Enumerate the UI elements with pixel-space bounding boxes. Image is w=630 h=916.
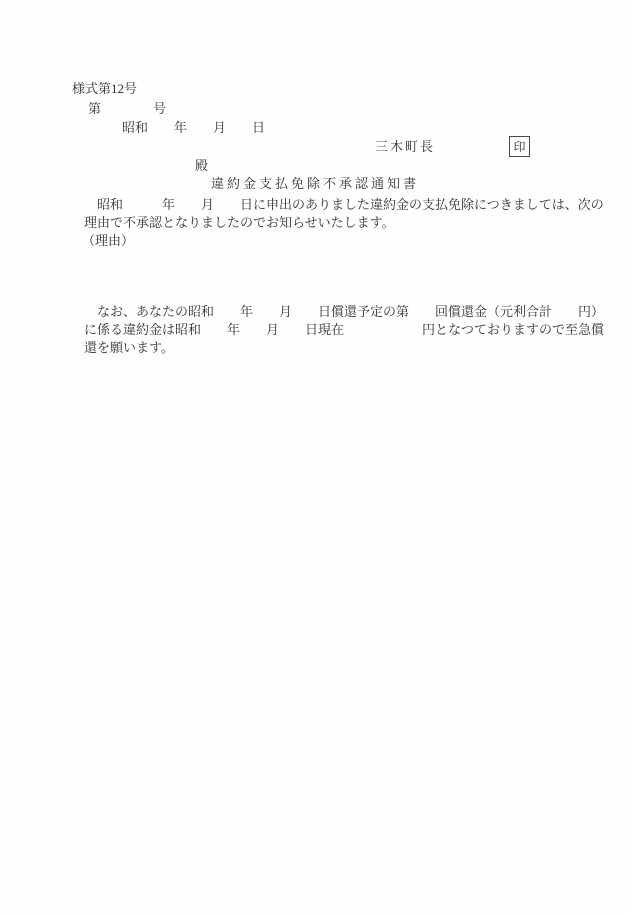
document-page: 様式第12号 第 号 昭和 年 月 日 三木町長 印 殿 違約金支払免除不承認通… [0,0,630,916]
body-paragraph2-line1: なお、あなたの昭和 年 月 日償還予定の第 回償還金（元利合計 円） [84,303,604,321]
form-number: 様式第12号 [72,80,137,98]
document-number-line: 第 号 [88,100,166,118]
body-paragraph2-line2: に係る違約金は昭和 年 月 日現在 円となつておりますので至急償 [84,321,604,339]
body-paragraph2-line3: 還を願います。 [84,339,174,357]
official-seal-box: 印 [509,136,530,157]
sender-name: 三木町長 [375,138,435,156]
seal-character: 印 [513,141,525,153]
issue-date-line: 昭和 年 月 日 [122,119,265,137]
body-paragraph1-line1: 昭和 年 月 日に申出のありました違約金の支払免除につきましては、次の [84,196,604,214]
body-paragraph1-line2: 理由で不承認となりましたのでお知らせいたします。 [84,214,395,232]
addressee-honorific: 殿 [195,157,208,175]
reason-label: （理由） [82,232,134,250]
document-title: 違約金支払免除不承認通知書 [0,175,630,193]
